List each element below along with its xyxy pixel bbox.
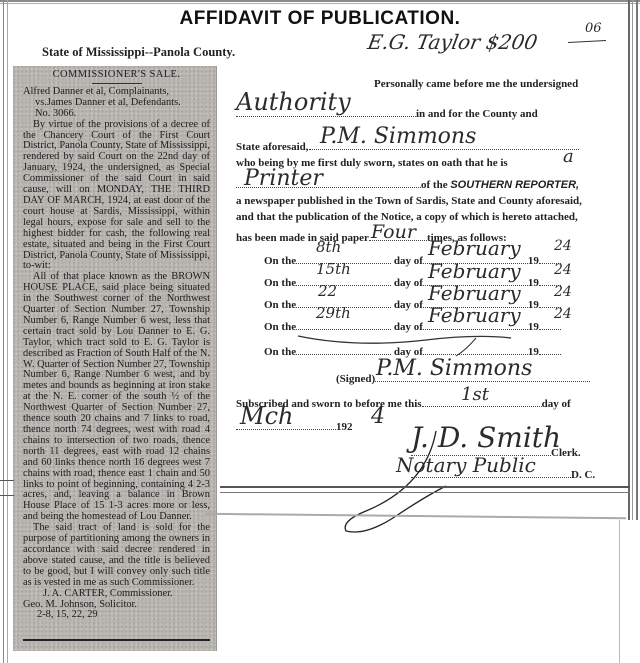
in-and-for-county: in and for the County and: [416, 108, 538, 120]
role-field: [236, 187, 421, 188]
clipping-bottom-rule: [23, 639, 210, 641]
day-field: [296, 354, 391, 355]
on-the-label: On the: [264, 321, 296, 333]
on-the-label: On the: [264, 255, 296, 267]
form-line-authority: in and for the County and: [236, 108, 538, 120]
on-the-label: On the: [264, 346, 296, 358]
publication-year: 24: [554, 238, 572, 254]
state-county-line: State of Mississippi--Panola County.: [42, 45, 235, 60]
publication-year: 24: [554, 306, 572, 322]
sworn-day-field: [422, 406, 542, 407]
on-the-label: On the: [264, 277, 296, 289]
day-of-label: day of: [394, 299, 423, 311]
page-frame-top: [0, 0, 640, 4]
year-prefix: 19: [528, 299, 539, 311]
handwritten-amount: $200: [484, 30, 539, 54]
signed-label: (Signed): [336, 373, 375, 385]
publication-day: 29th: [316, 304, 351, 322]
authority-field: [236, 116, 416, 117]
page-frame-right: [628, 0, 638, 520]
handwritten-cents: 06: [585, 21, 602, 36]
year-field: [539, 354, 561, 355]
year-prefix: 19: [528, 255, 539, 267]
form-line-published-in: a newspaper published in the Town of Sar…: [236, 195, 582, 207]
of-the-label: of the: [421, 179, 448, 191]
case-number: No. 3066.: [23, 109, 210, 120]
left-margin-rules: [0, 480, 14, 496]
form-line-personally-came: Personally came before me the undersigne…: [374, 78, 578, 90]
state-aforesaid-label: State aforesaid,: [236, 141, 309, 153]
right-margin-line: [619, 520, 620, 663]
clerk-label: Clerk.: [551, 447, 581, 459]
clipping-heading-rule: [92, 83, 142, 84]
clipping-paragraph-property: All of that place known as the BROWN HOU…: [23, 272, 210, 523]
document-title: AFFIDAVIT OF PUBLICATION.: [0, 8, 640, 30]
publication-day: 8th: [316, 238, 341, 256]
page-frame-left: [3, 0, 8, 663]
year-prefix: 19: [528, 277, 539, 289]
form-line-state-aforesaid: State aforesaid,: [236, 141, 579, 153]
signature-flourish: [336, 426, 456, 536]
dc-label: D. C.: [571, 469, 595, 481]
clipping-heading: COMMISSIONER'S SALE.: [23, 70, 210, 81]
day-field: [296, 285, 391, 286]
handwritten-payee: E.G. Taylor $200: [366, 30, 539, 54]
clipping-paragraph-title: The said tract of land is sold for the p…: [23, 523, 210, 588]
publication-day: 15th: [316, 260, 351, 278]
day-of-label: day of: [542, 398, 571, 410]
day-of-label: day of: [394, 277, 423, 289]
times-field: [369, 240, 427, 241]
form-bottom-rule-secondary: [220, 492, 630, 493]
day-of-label: day of: [394, 255, 423, 267]
affiant-field: [309, 149, 579, 150]
clipping-paragraph-decree: By virtue of the provisions of a decree …: [23, 120, 210, 273]
year-prefix: 19: [528, 321, 539, 333]
month-field: [423, 354, 528, 355]
on-the-label: On the: [264, 299, 296, 311]
publication-year: 24: [554, 262, 572, 278]
sworn-month-field: [236, 429, 336, 430]
clipping-case-caption: Alfred Danner et al, Complainants, vs.Ja…: [23, 87, 210, 120]
year-field: [539, 329, 561, 330]
clipping-publication-dates: 2-8, 15, 22, 29: [23, 610, 210, 621]
form-line-newspaper: of the SOUTHERN REPORTER,: [236, 179, 579, 191]
publication-day: 22: [318, 282, 337, 300]
newspaper-name: SOUTHERN REPORTER,: [450, 179, 579, 191]
handwritten-name: E.G. Taylor: [366, 30, 482, 54]
newspaper-clipping: COMMISSIONER'S SALE. Alfred Danner et al…: [13, 66, 216, 651]
signature-field: [375, 381, 590, 382]
made-in-paper-label: has been made in said paper: [236, 232, 369, 244]
cents-underline: [568, 40, 606, 43]
handwritten-article: a: [563, 146, 574, 167]
clipping-commissioner-signature: J. A. CARTER, Commissioner.: [23, 589, 210, 600]
publication-year: 24: [554, 284, 572, 300]
form-bottom-rule: [220, 486, 630, 488]
